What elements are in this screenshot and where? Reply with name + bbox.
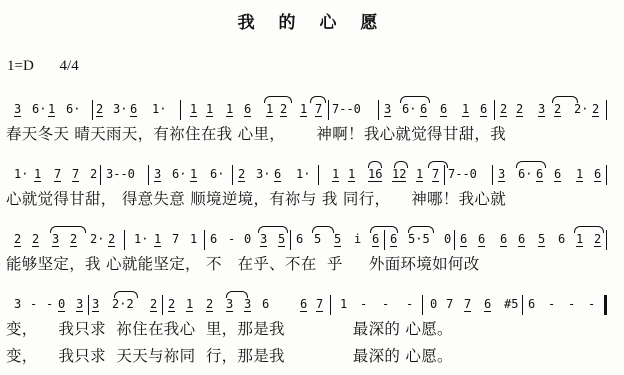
slur: [258, 226, 288, 233]
note: 2: [70, 232, 77, 247]
note: 6: [296, 232, 303, 246]
note: 2: [96, 102, 103, 117]
note: 6: [390, 232, 397, 247]
slur: [312, 226, 334, 233]
slur: [574, 226, 604, 233]
note: 6: [554, 167, 561, 182]
note: 6: [300, 297, 307, 312]
note: 2: [280, 102, 287, 117]
note: 2·2: [112, 297, 134, 311]
slur: [516, 161, 546, 168]
note: 6: [484, 297, 491, 312]
key-signature: 1=D 4/4: [7, 58, 101, 75]
note: 6: [480, 102, 487, 117]
note: i: [354, 232, 361, 246]
barline: [606, 230, 607, 250]
lyrics-verse-1: 能够坚定，我 心就能坚定， 不 在乎、不在 乎 外面环境如何改: [6, 252, 480, 274]
note: 6: [130, 102, 137, 117]
note: 6: [262, 297, 269, 311]
slur: [400, 96, 430, 103]
note: 2: [554, 102, 561, 117]
note: 1: [416, 167, 423, 182]
barline: [606, 100, 607, 120]
note: #5: [504, 297, 518, 311]
note: -: [382, 297, 389, 311]
note: 6·: [66, 102, 80, 116]
note: 7--0: [332, 102, 361, 116]
note: 6·: [172, 167, 186, 181]
note: -: [548, 297, 555, 311]
note: 3·: [113, 102, 127, 116]
slur: [408, 226, 434, 233]
note: 1: [348, 167, 355, 182]
note: 6: [460, 232, 467, 247]
barline: [88, 295, 89, 315]
note: 3: [154, 167, 161, 182]
note: 3: [226, 297, 233, 312]
barline: [92, 100, 93, 120]
note: 2: [32, 232, 39, 247]
barline: [100, 165, 101, 185]
note: 7: [72, 167, 79, 182]
note: 1: [340, 297, 347, 311]
note: 2: [592, 102, 599, 117]
slur: [552, 96, 578, 103]
barline: [232, 165, 233, 185]
note: 1: [266, 102, 273, 117]
note: 3: [14, 102, 21, 117]
slur: [368, 161, 382, 168]
note: 1: [576, 232, 583, 247]
barline: [492, 165, 493, 185]
slur: [428, 161, 448, 168]
note: 1·: [134, 232, 148, 246]
note: 0: [244, 232, 251, 246]
lyrics-verse-1: 春天冬天 晴天雨天，有祢住在我 心里， 神啊！我心就觉得甘甜，我: [6, 122, 506, 144]
note: 6: [558, 232, 565, 246]
barline: [290, 230, 291, 250]
note: 2: [108, 232, 115, 247]
note: 1: [48, 102, 55, 117]
note: 2: [516, 102, 523, 117]
note: 2: [206, 297, 213, 312]
note: 2: [150, 297, 157, 312]
barline: [378, 100, 379, 120]
note: 1·: [152, 102, 166, 116]
note: 0: [430, 297, 437, 311]
note: 3: [498, 167, 505, 182]
notation-line: 36·16·23·61·111612177--036·661622322·2: [0, 96, 624, 120]
barline: [422, 295, 423, 315]
note: 0: [444, 232, 451, 246]
slur: [114, 291, 138, 298]
barline: [454, 230, 455, 250]
note: 2: [14, 232, 21, 247]
note: -: [46, 297, 53, 311]
barline: [162, 295, 163, 315]
note: -: [360, 297, 367, 311]
note: 6·: [402, 102, 416, 116]
note: 3: [244, 297, 251, 312]
note: 6·: [210, 167, 224, 181]
note: 1: [190, 167, 197, 182]
note: 0: [58, 297, 65, 312]
note: 3: [52, 232, 59, 247]
notation-line: 1·17723--036·16·23·61·111612177--036·661…: [0, 161, 624, 185]
note: 7: [316, 297, 323, 312]
slur: [264, 96, 292, 103]
note: 5: [314, 232, 321, 246]
note: 2: [594, 232, 601, 247]
note: 5: [538, 232, 545, 247]
note: 6: [210, 232, 217, 246]
barline: [148, 165, 149, 185]
slur: [394, 161, 408, 168]
note: 3: [92, 297, 99, 312]
note: 7: [446, 297, 453, 311]
note: 6: [274, 167, 281, 182]
note: 6: [518, 232, 525, 247]
barline: [318, 165, 319, 185]
note: 5·5: [408, 232, 430, 246]
note: 3: [260, 232, 267, 247]
notation-line: 3--0332·22212336671---0776#56---: [0, 291, 624, 315]
note: 1: [206, 102, 213, 117]
note: 16: [368, 167, 382, 182]
lyrics-verse-2: 变， 我只求 天天与祢同 行，那是我 最深的 心愿。: [6, 344, 453, 366]
note: 1: [154, 232, 161, 247]
note: 6: [528, 297, 535, 311]
song-title: 我 的 心 愿: [0, 8, 624, 33]
barline: [384, 230, 385, 250]
note: 2: [90, 167, 97, 181]
note: 7: [54, 167, 61, 182]
note: 6: [594, 167, 601, 182]
note: 3--0: [106, 167, 135, 181]
note: -: [228, 232, 235, 246]
note: 3: [76, 297, 83, 312]
lyrics-verse-1: 心就觉得甘甜， 得意失意 顺境逆境，有祢与 我 同行， 神哪！我心就: [6, 187, 506, 209]
notation-line: 22322·21·1716-035655i665·5066665612: [0, 226, 624, 250]
barline: [522, 295, 523, 315]
note: 2: [500, 102, 507, 117]
slur: [50, 226, 86, 233]
final-barline: [604, 295, 607, 315]
barline: [204, 230, 205, 250]
note: 2·: [574, 102, 588, 116]
note: 6: [420, 102, 427, 117]
lyrics-verse-1: 变， 我只求 祢住在我心 里，那是我 最深的 心愿。: [6, 317, 453, 339]
note: 3: [538, 102, 545, 117]
note: 6: [536, 167, 543, 182]
note: 5: [334, 232, 341, 247]
note: 1: [462, 102, 469, 117]
note: -: [568, 297, 575, 311]
note: 7--0: [448, 167, 477, 181]
note: 6: [244, 102, 251, 117]
note: 6: [478, 232, 485, 247]
note: 7: [464, 297, 471, 312]
barline: [494, 100, 495, 120]
note: 1: [576, 167, 583, 182]
note: 6·: [32, 102, 46, 116]
note: 1: [226, 102, 233, 117]
note: 1: [332, 167, 339, 182]
note: 1·: [296, 167, 310, 181]
time-signature: 4/4: [60, 58, 79, 74]
slur: [226, 291, 248, 298]
note: 6: [500, 232, 507, 247]
note: 1: [190, 232, 197, 246]
note: 1: [190, 102, 197, 117]
note: 12: [392, 167, 406, 182]
note: -: [588, 297, 595, 311]
slur: [370, 226, 398, 233]
note: 6: [440, 102, 447, 117]
note: -: [406, 297, 413, 311]
note: 3·: [256, 167, 270, 181]
barline: [444, 165, 445, 185]
barline: [606, 165, 607, 185]
tonic: 1=D: [7, 58, 34, 74]
note: 1·: [14, 167, 28, 181]
note: -: [30, 297, 37, 311]
note: 7: [315, 102, 322, 117]
barline: [124, 230, 125, 250]
barline: [328, 100, 329, 120]
barline: [330, 295, 331, 315]
note: 2: [238, 167, 245, 182]
note: 6·: [518, 167, 532, 181]
note: 2·: [90, 232, 104, 246]
note: 1: [300, 102, 307, 117]
barline: [180, 100, 181, 120]
note: 3: [14, 297, 21, 311]
note: 6: [372, 232, 379, 247]
slur: [310, 96, 326, 103]
note: 2: [168, 297, 175, 312]
note: 5: [278, 232, 285, 247]
note: 7: [172, 232, 179, 246]
note: 7: [432, 167, 439, 182]
note: 3: [384, 102, 391, 117]
note: 1: [34, 167, 41, 182]
note: 1: [186, 297, 193, 312]
